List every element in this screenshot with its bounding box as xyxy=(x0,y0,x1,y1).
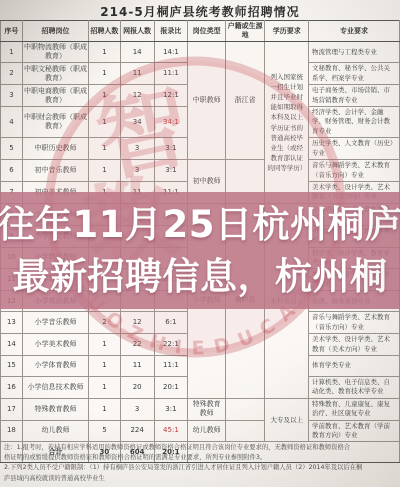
table-cell: 3 xyxy=(1,85,23,107)
table-cell: 小学信息技术教师 xyxy=(22,376,88,398)
table-row: 18幼儿教师522445:1幼儿教师学前教育、艺术教育（学前教育方向）专业 xyxy=(1,420,400,442)
table-cell xyxy=(225,398,265,420)
table-cell: 1 xyxy=(89,355,121,376)
table-cell: 中职教师 xyxy=(188,42,226,160)
table-row: 17特殊教育教师133:1特殊教育教师大专及以上特殊教育、儿童康复、康复治疗、社… xyxy=(1,398,400,420)
table-cell: 中职物流教师（职成教育） xyxy=(22,42,88,63)
table-cell: 文秘教育、秘书学、公共关系学、档案学专业 xyxy=(309,63,400,85)
header-cell: 招聘人数 xyxy=(89,21,121,42)
table-cell: 18 xyxy=(1,420,23,442)
table-cell: 6:1 xyxy=(154,312,188,334)
table-cell: 224 xyxy=(120,420,154,442)
table-cell: 17 xyxy=(1,398,23,420)
table-cell: 历史学类、人文教育（历史）专业 xyxy=(309,138,400,160)
table-cell: 3:1 xyxy=(154,398,188,420)
table-cell: 1 xyxy=(89,63,121,85)
table-cell: 2 xyxy=(89,312,121,334)
table-cell: 11 xyxy=(120,63,154,85)
table-cell: 经济学类、会计学、金融学、财务管理、财务会计教育专业 xyxy=(309,107,400,138)
table-cell: 1 xyxy=(89,107,121,138)
note-line: 格证明的或暂缓提供教师资格证和教师资格合格证明的需满足专业要求，所列专业参照附件… xyxy=(4,453,396,463)
table-cell: 4 xyxy=(1,107,23,138)
header-cell: 网报人数 xyxy=(120,21,154,42)
table-cell: 1 xyxy=(89,85,121,107)
table-cell: 中职文秘教师（职成教育） xyxy=(22,63,88,85)
table-cell: 1 xyxy=(89,334,121,356)
table-cell xyxy=(225,420,265,442)
table-cell: 3:1 xyxy=(154,160,188,182)
table-cell: 12:1 xyxy=(154,85,188,107)
table-cell: 22:1 xyxy=(154,334,188,356)
table-cell: 小学体育教师 xyxy=(22,355,88,376)
table-cell: 6 xyxy=(1,160,23,182)
table-cell: 3:1 xyxy=(154,138,188,160)
header-cell: 学历要求 xyxy=(265,21,309,42)
table-row: 1中职物流教师（职成教育）11414:1中职教师浙江省列入国家统一招生计划并且毕… xyxy=(1,42,400,63)
table-cell: 中职电商教师（职成教育） xyxy=(22,85,88,107)
table-cell: 1 xyxy=(89,42,121,63)
table-cell: 学前教育、艺术教育（学前教育方向）专业 xyxy=(309,420,400,442)
table-cell: 11 xyxy=(120,355,154,376)
table-cell: 11:1 xyxy=(154,63,188,85)
table-cell: 1 xyxy=(89,398,121,420)
table-cell: 1 xyxy=(89,376,121,398)
table-cell: 2 xyxy=(1,63,23,85)
note-line: 庐县域内高校就读的普通高校毕业生 xyxy=(4,474,396,484)
table-cell: 45:1 xyxy=(154,420,188,442)
table-cell: 小学音乐教师 xyxy=(22,312,88,334)
table-cell: 3 xyxy=(120,138,154,160)
table-cell: 5 xyxy=(1,138,23,160)
overlay-banner: 往年11月25日杭州桐庐 最新招聘信息，杭州桐 xyxy=(0,192,400,309)
table-cell: 20:1 xyxy=(154,376,188,398)
table-cell: 20 xyxy=(120,376,154,398)
table-cell: 特殊教育教师 xyxy=(22,398,88,420)
table-cell: 体育学类专业 xyxy=(309,355,400,376)
header-cell: 专业要求 xyxy=(309,21,400,42)
table-cell: 14:1 xyxy=(154,42,188,63)
table-cell: 14 xyxy=(120,42,154,63)
table-cell: 1 xyxy=(89,160,121,182)
table-cell: 34:1 xyxy=(154,107,188,138)
table-cell: 1 xyxy=(89,138,121,160)
table-cell: 大专及以上 xyxy=(265,398,309,442)
table-cell: 幼儿教师 xyxy=(22,420,88,442)
table-cell: 16 xyxy=(1,376,23,398)
table-cell: 音乐与舞蹈学类、艺术教育（音乐方向）专业 xyxy=(309,312,400,334)
table-cell: 计算机类、电子信息类、自动化类、教育技术学专业 xyxy=(309,376,400,398)
overlay-line-1: 往年11月25日杭州桐庐 xyxy=(0,197,400,253)
table-cell: 1 xyxy=(1,42,23,63)
table-cell: 22 xyxy=(120,334,154,356)
table-row: 6初中音乐教师133:1初中教师音乐与舞蹈学类、艺术教育（音乐方向）专业 xyxy=(1,160,400,182)
table-cell: 13 xyxy=(1,312,23,334)
table-cell: 中职历史教师 xyxy=(22,138,88,160)
header-cell: 招聘岗位 xyxy=(22,21,88,42)
note-line: 2.下列2类人员不受户籍限制：（1）持有桐庐县公安局签发的浙江省引进人才居住证且… xyxy=(4,463,396,473)
table-cell: 物流管理与工程类专业 xyxy=(309,42,400,63)
header-cell: 户籍或生源地 xyxy=(225,21,265,42)
table-cell: 11:1 xyxy=(154,355,188,376)
table-cell: 特殊教育教师 xyxy=(188,398,226,420)
table-cell: 特殊教育、儿童康复、康复治疗、社区康复专业 xyxy=(309,398,400,420)
table-cell: 12 xyxy=(120,312,154,334)
table-header-row: 序号招聘岗位招聘人数网报人数报录比岗位类型户籍或生源地学历要求专业要求 xyxy=(1,21,400,42)
table-cell: 15 xyxy=(1,355,23,376)
table-cell: 初中音乐教师 xyxy=(22,160,88,182)
header-cell: 报录比 xyxy=(154,21,188,42)
table-cell: 电子商务类、市场营销、市场营销教育专业 xyxy=(309,85,400,107)
table-cell: 浙江省 xyxy=(225,42,265,160)
table-cell: 3 xyxy=(120,398,154,420)
table-cell: 列入国家统一招生计划并且毕业时能如期取得本科及以上学历证书的普通高校毕业生（或经… xyxy=(265,42,309,204)
table-cell: 中职财会教师（职成教育） xyxy=(22,107,88,138)
header-cell: 序号 xyxy=(1,21,23,42)
table-cell: 小学美术教师 xyxy=(22,334,88,356)
table-cell: 音乐与舞蹈学类、艺术教育（音乐方向）专业 xyxy=(309,160,400,182)
table-cell: 美术学类、设计学类、艺术教育（美术方向）专业 xyxy=(309,334,400,356)
table-cell: 14 xyxy=(1,334,23,356)
table-cell: 3 xyxy=(120,160,154,182)
table-title: 214-5月桐庐县统考教师招聘情况 xyxy=(0,3,400,20)
table-cell: 12 xyxy=(120,85,154,107)
overlay-line-2: 最新招聘信息，杭州桐 xyxy=(13,249,388,305)
note-line: 注：1.报考时，若持有相应学科适用的教师资格证或教师资格合格证明且符合该岗位专业… xyxy=(4,443,396,453)
footnotes: 注：1.报考时，若持有相应学科适用的教师资格证或教师资格合格证明且符合该岗位专业… xyxy=(4,443,396,484)
table-cell: 34 xyxy=(120,107,154,138)
page-root: { "title": "214-5月桐庐县统考教师招聘情况", "overlay… xyxy=(0,0,400,487)
table-cell: 5 xyxy=(89,420,121,442)
table-cell: 幼儿教师 xyxy=(188,420,226,442)
header-cell: 岗位类型 xyxy=(188,21,226,42)
